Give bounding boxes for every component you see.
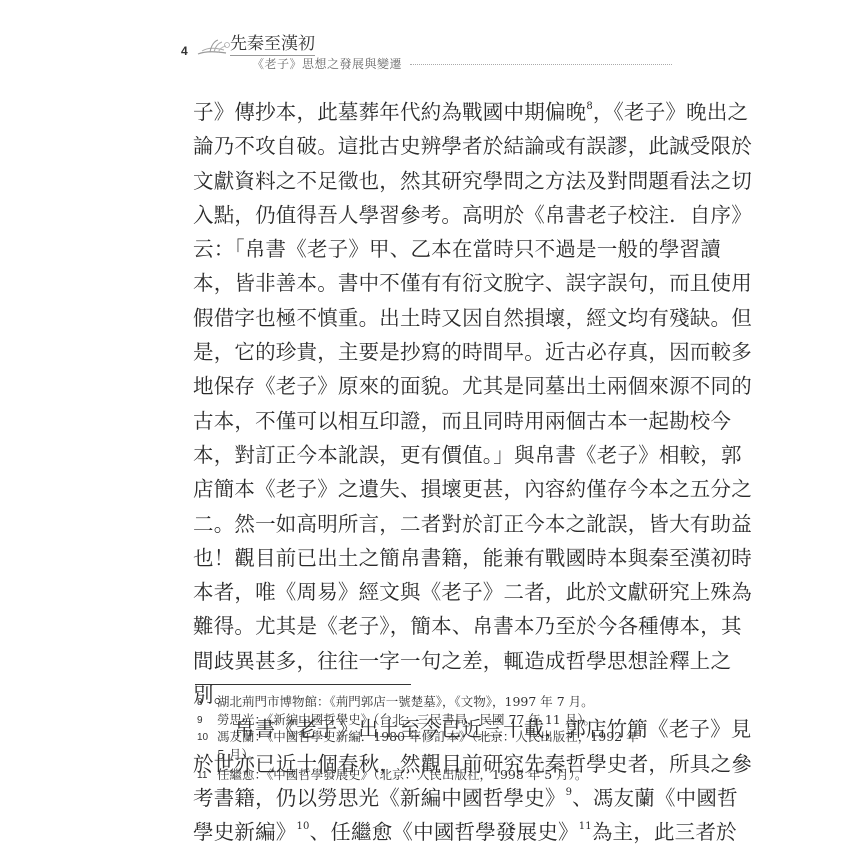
- footnote-11: 11 任繼愈：《中國哲學發展史》（北京：人民出版社，1998 年 5 月）。: [197, 767, 667, 785]
- footnote-number: [197, 747, 217, 764]
- text-line-1: 子》傳抄本，此墓葬年代約為戰國中期偏晚8，《老子》晚出之: [193, 95, 668, 129]
- footnote-9: 9 勞思光：《新編中國哲學史》（台北：三民書局，民國 77 年 11 月）。: [197, 712, 667, 730]
- text-line-16: 難得。尤其是《老子》，簡本、帛書本乃至於今各種傳本，其: [193, 609, 668, 643]
- header-dotted-leader: [410, 64, 672, 65]
- text-line-13: 二。然一如高明所言，二者對於訂正今本之訛誤，皆大有助益: [193, 507, 668, 541]
- footnote-8: 8 湖北荊門市博物館：《荊門郭店一號楚墓》，《文物》，1997 年 7 月。: [197, 694, 667, 712]
- footnote-text: 勞思光：《新編中國哲學史》（台北：三民書局，民國 77 年 11 月）。: [217, 712, 667, 730]
- text-line-9: 地保存《老子》原來的面貌。尤其是同墓出土兩個來源不同的: [193, 369, 668, 403]
- text-line-8: 是，它的珍貴，主要是抄寫的時間早。近古必存真，因而較多: [193, 335, 668, 369]
- footnote-ref-10[interactable]: 10: [297, 821, 310, 832]
- text-line-17: 間歧異甚多，往往一字一句之差，輒造成哲學思想詮釋上之: [193, 644, 668, 678]
- text-line-7: 假借字也極不慎重。出土時又因自然損壞，經文均有殘缺。但: [193, 301, 668, 335]
- text-line-10: 古本，不僅可以相互印證，而且同時用兩個古本一起勘校今: [193, 404, 668, 438]
- footnote-ref-11[interactable]: 11: [579, 821, 592, 832]
- footnote-text: 馮友蘭：《中國哲學史新編．1980 年修訂本》（北京：人民出版社，1992 年: [217, 729, 667, 747]
- footnote-text: 湖北荊門市博物館：《荊門郭店一號楚墓》，《文物》，1997 年 7 月。: [217, 694, 667, 712]
- text-line-2: 論乃不攻自破。這批古史辨學者於結論或有誤謬，此誠受限於: [193, 129, 668, 163]
- footnote-10: 10 馮友蘭：《中國哲學史新編．1980 年修訂本》（北京：人民出版社，1992…: [197, 729, 667, 747]
- footnotes: 8 湖北荊門市博物館：《荊門郭店一號楚墓》，《文物》，1997 年 7 月。 9…: [197, 694, 667, 785]
- footnote-text: 任繼愈：《中國哲學發展史》（北京：人民出版社，1998 年 5 月）。: [217, 767, 667, 785]
- text-line-15: 本者，唯《周易》經文與《老子》二者，此於文獻研究上殊為: [193, 575, 668, 609]
- text-line-22: 學史新編》10、任繼愈《中國哲學發展史》11為主，此三者於: [193, 815, 668, 849]
- floral-ornament-icon: [196, 36, 230, 58]
- text-line-5: 云：「帛書《老子》甲、乙本在當時只不過是一般的學習讀: [193, 232, 668, 266]
- footnote-text: 5 月）。: [217, 747, 667, 764]
- text-line-21: 考書籍，仍以勞思光《新編中國哲學史》9、馮友蘭《中國哲: [193, 781, 668, 815]
- text-line-12: 店簡本《老子》之遺失、損壞更甚，內容約僅存今本之五分之: [193, 472, 668, 506]
- footnote-number: 8: [197, 694, 217, 712]
- text-line-14: 也！觀目前已出土之簡帛書籍，能兼有戰國時本與秦至漢初時: [193, 541, 668, 575]
- footnote-separator: [195, 684, 411, 685]
- footnote-number: 9: [197, 712, 217, 730]
- footnote-number: 10: [197, 729, 217, 747]
- running-header-subtitle-row: 《老子》思想之發展與變遷: [252, 55, 672, 71]
- page-number: 4: [181, 44, 188, 58]
- running-header-title: 先秦至漢初: [230, 34, 315, 56]
- footnote-10-continued: 5 月）。: [197, 747, 667, 764]
- footnote-number: 11: [197, 767, 217, 785]
- running-header-subtitle: 《老子》思想之發展與變遷: [252, 55, 402, 72]
- text-line-4: 入點，仍值得吾人學習參考。高明於《帛書老子校注．自序》: [193, 198, 668, 232]
- text-line-3: 文獻資料之不足徵也，然其研究學問之方法及對問題看法之切: [193, 164, 668, 198]
- text-line-11: 本，對訂正今本訛誤，更有價值。」與帛書《老子》相較，郭: [193, 438, 668, 472]
- text-line-6: 本，皆非善本。書中不僅有有衍文脫字、誤字誤句，而且使用: [193, 266, 668, 300]
